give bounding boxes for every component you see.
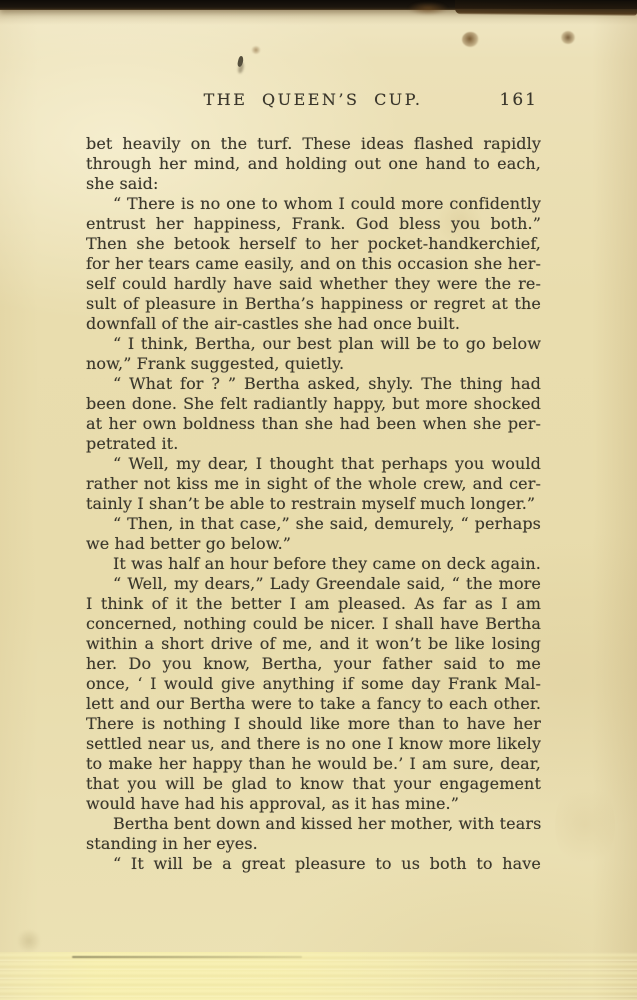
- running-header: THE QUEEN’S CUP. 161: [85, 90, 541, 112]
- text-line: downfall of the air-castles she had once…: [86, 314, 541, 334]
- text-line: once, ‘ I would give anything if some da…: [86, 674, 541, 694]
- text-line: we had better go below.”: [86, 534, 541, 554]
- text-line: at her own boldness than she had been wh…: [86, 414, 541, 434]
- text-line: There is nothing I should like more than…: [86, 714, 541, 734]
- paragraph: “ Well, my dears,” Lady Greendale said, …: [86, 574, 541, 814]
- text-line: that you will be glad to know that your …: [86, 774, 541, 794]
- text-line: I think of it the better I am pleased. A…: [86, 594, 541, 614]
- stain-oval-top-center: [251, 46, 261, 54]
- text-line: sult of pleasure in Bertha’s happiness o…: [86, 294, 541, 314]
- page-bottom-edge-line: [72, 956, 302, 958]
- text-line: concerned, nothing could be nicer. I sha…: [86, 614, 541, 634]
- paragraph: “ There is no one to whom I could more c…: [86, 194, 541, 334]
- text-line: for her tears came easily, and on this o…: [86, 254, 541, 274]
- text-line: “ I think, Bertha, our best plan will be…: [86, 334, 541, 354]
- book-page: THE QUEEN’S CUP. 161 bet heavily on the …: [0, 0, 637, 1000]
- stain-dot-upper-right: [462, 32, 479, 47]
- body-text: bet heavily on the turf. These ideas fla…: [86, 134, 541, 874]
- text-line: “ Well, my dear, I thought that perhaps …: [86, 454, 541, 474]
- text-line: rather not kiss me in sight of the whole…: [86, 474, 541, 494]
- paragraph: “ Well, my dear, I thought that perhaps …: [86, 454, 541, 514]
- text-line: lett and our Bertha were to take a fancy…: [86, 694, 541, 714]
- paragraph: bet heavily on the turf. These ideas fla…: [86, 134, 541, 194]
- text-line: within a short drive of me, and it won’t…: [86, 634, 541, 654]
- text-line: “ What for ? ” Bertha asked, shyly. The …: [86, 374, 541, 394]
- text-line: to make her happy than he would be.’ I a…: [86, 754, 541, 774]
- paragraph: “ It will be a great pleasure to us both…: [86, 854, 541, 874]
- text-line: now,” Frank suggested, quietly.: [86, 354, 541, 374]
- text-line: been done. She felt radiantly happy, but…: [86, 394, 541, 414]
- page-bottom-edge-streaks: [0, 952, 637, 1000]
- text-line: tainly I shan’t be able to restrain myse…: [86, 494, 541, 514]
- text-line: settled near us, and there is no one I k…: [86, 734, 541, 754]
- paragraph: “ I think, Bertha, our best plan will be…: [86, 334, 541, 374]
- page-number: 161: [500, 90, 538, 110]
- text-line: her. Do you know, Bertha, your father sa…: [86, 654, 541, 674]
- stain-dot-far-right: [561, 31, 575, 44]
- stain-bottom-right: [555, 780, 615, 870]
- paragraph: Bertha bent down and kissed her mother, …: [86, 814, 541, 854]
- text-line: standing in her eyes.: [86, 834, 541, 854]
- page-title: THE QUEEN’S CUP.: [85, 90, 541, 109]
- text-line: would have had his approval, as it has m…: [86, 794, 541, 814]
- text-line: petrated it.: [86, 434, 541, 454]
- text-line: “ Then, in that case,” she said, demurel…: [86, 514, 541, 534]
- paragraph: It was half an hour before they came on …: [86, 554, 541, 574]
- page-top-edge-fade: [0, 9, 637, 25]
- text-line: Bertha bent down and kissed her mother, …: [86, 814, 541, 834]
- text-line: “ Well, my dears,” Lady Greendale said, …: [86, 574, 541, 594]
- text-line: through her mind, and holding out one ha…: [86, 154, 541, 174]
- text-line: self could hardly have said whether they…: [86, 274, 541, 294]
- text-line: entrust her happiness, Frank. God bless …: [86, 214, 541, 234]
- text-line: “ There is no one to whom I could more c…: [86, 194, 541, 214]
- paragraph: “ What for ? ” Bertha asked, shyly. The …: [86, 374, 541, 454]
- stain-bottom-left: [16, 930, 42, 952]
- text-line: bet heavily on the turf. These ideas fla…: [86, 134, 541, 154]
- text-line: “ It will be a great pleasure to us both…: [86, 854, 541, 874]
- text-line: Then she betook herself to her pocket-ha…: [86, 234, 541, 254]
- paragraph: “ Then, in that case,” she said, demurel…: [86, 514, 541, 554]
- text-line: she said:: [86, 174, 541, 194]
- ink-speck: [237, 56, 245, 68]
- text-line: It was half an hour before they came on …: [86, 554, 541, 574]
